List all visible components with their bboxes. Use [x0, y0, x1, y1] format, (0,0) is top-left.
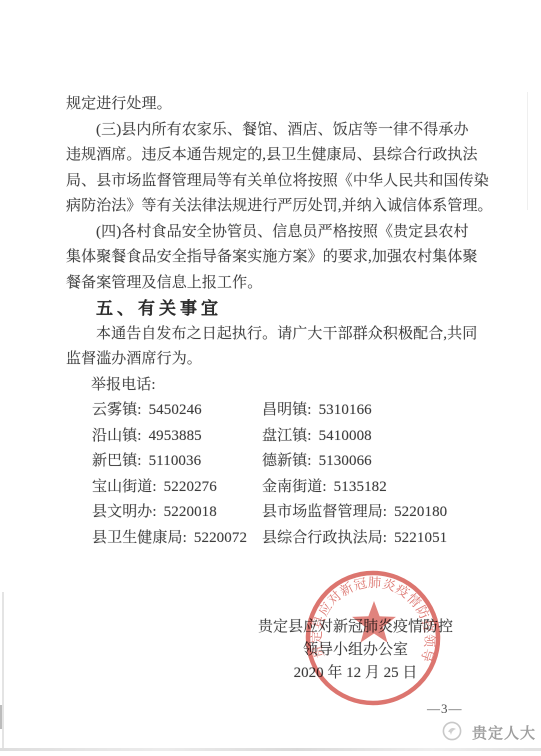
- seal-ring: [308, 573, 438, 703]
- phone-label: 昌明镇:: [262, 402, 312, 418]
- phone-entry: 云雾镇:5450246: [92, 398, 262, 424]
- phone-number: 4953885: [149, 428, 202, 444]
- phone-entry: 德新镇:5130066: [262, 453, 372, 469]
- body-line: 病防治法》等有关法律法规进行严厉处罚,并纳入诚信体系管理。: [66, 194, 498, 220]
- phone-entry: 昌明镇:5310166: [262, 402, 372, 418]
- phone-label: 新巴镇:: [92, 453, 142, 469]
- body-line: 局、县市场监督管理局等有关单位将按照《中华人民共和国传染: [66, 169, 498, 195]
- phone-number: 5450246: [149, 402, 202, 418]
- scan-edge-left-dark: [0, 705, 2, 729]
- phone-row: 沿山镇:4953885盘江镇:5410008: [66, 424, 498, 450]
- phone-row: 县文明办:5220018县市场监督管理局:5220180: [66, 500, 498, 526]
- phone-entry: 金南街道:5135182: [262, 479, 387, 495]
- body-line: 监督滥办酒席行为。: [66, 347, 498, 373]
- scan-edge-left: [2, 592, 4, 748]
- phone-number: 5130066: [319, 453, 372, 469]
- official-seal: 贵定县应对新冠肺炎疫情防控领导小组: [303, 566, 443, 712]
- phone-number: 5110036: [149, 453, 202, 469]
- phone-label: 县市场监督管理局:: [262, 504, 387, 520]
- watermark-emblem-icon: [441, 720, 463, 742]
- body-line: 举报电话:: [66, 373, 498, 399]
- watermark-text: 贵定人大: [472, 722, 536, 743]
- scan-edge-right: [527, 92, 528, 210]
- scan-edge-bottom: [0, 748, 541, 751]
- phone-entry: 县文明办:5220018: [92, 500, 262, 526]
- phone-entry: 宝山街道:5220276: [92, 475, 262, 501]
- phone-row: 宝山街道:5220276金南街道:5135182: [66, 475, 498, 501]
- phone-label: 县文明办:: [92, 504, 157, 520]
- phone-entry: 县市场监督管理局:5220180: [262, 504, 447, 520]
- body-line: 规定进行处理。: [66, 92, 498, 118]
- phone-number: 5410008: [319, 428, 372, 444]
- body-line: 集体聚餐食品安全指导备案实施方案》的要求,加强农村集体聚: [66, 245, 498, 271]
- scanned-page: 规定进行处理。(三)县内所有农家乐、餐馆、酒店、饭店等一律不得承办违规酒席。违反…: [0, 0, 541, 756]
- phone-number: 5220072: [194, 530, 247, 546]
- page-number: —3—: [427, 701, 463, 717]
- phone-entry: 盘江镇:5410008: [262, 428, 372, 444]
- body-line: (四)各村食品安全协管员、信息员严格按照《贵定县农村: [66, 220, 498, 246]
- document-body: 规定进行处理。(三)县内所有农家乐、餐馆、酒店、饭店等一律不得承办违规酒席。违反…: [66, 92, 498, 551]
- phone-number: 5135182: [334, 479, 387, 495]
- phone-entry: 沿山镇:4953885: [92, 424, 262, 450]
- phone-number: 5221051: [394, 530, 447, 546]
- phone-label: 金南街道:: [262, 479, 327, 495]
- phone-entry: 新巴镇:5110036: [92, 449, 262, 475]
- seal-star-icon: [352, 601, 396, 643]
- phone-row: 新巴镇:5110036德新镇:5130066: [66, 449, 498, 475]
- phone-number: 5220180: [394, 504, 447, 520]
- phone-label: 德新镇:: [262, 453, 312, 469]
- phone-entry: 县综合行政执法局:5221051: [262, 530, 447, 546]
- body-line: 五、有关事宜: [66, 296, 498, 322]
- phone-label: 云雾镇:: [92, 402, 142, 418]
- body-line: (三)县内所有农家乐、餐馆、酒店、饭店等一律不得承办: [66, 118, 498, 144]
- body-line: 本通告自发布之日起执行。请广大干部群众积极配合,共同: [66, 322, 498, 348]
- phone-label: 宝山街道:: [92, 479, 157, 495]
- phone-label: 沿山镇:: [92, 428, 142, 444]
- phone-label: 盘江镇:: [262, 428, 312, 444]
- phone-row: 云雾镇:5450246昌明镇:5310166: [66, 398, 498, 424]
- phone-entry: 县卫生健康局:5220072: [92, 526, 262, 552]
- phone-label: 县综合行政执法局:: [262, 530, 387, 546]
- phone-number: 5220276: [164, 479, 217, 495]
- body-line: 违规酒席。违反本通告规定的,县卫生健康局、县综合行政执法: [66, 143, 498, 169]
- phone-number: 5220018: [164, 504, 217, 520]
- phone-row: 县卫生健康局:5220072县综合行政执法局:5221051: [66, 526, 498, 552]
- phone-label: 县卫生健康局:: [92, 530, 187, 546]
- body-line: 餐备案管理及信息上报工作。: [66, 271, 498, 297]
- phone-number: 5310166: [319, 402, 372, 418]
